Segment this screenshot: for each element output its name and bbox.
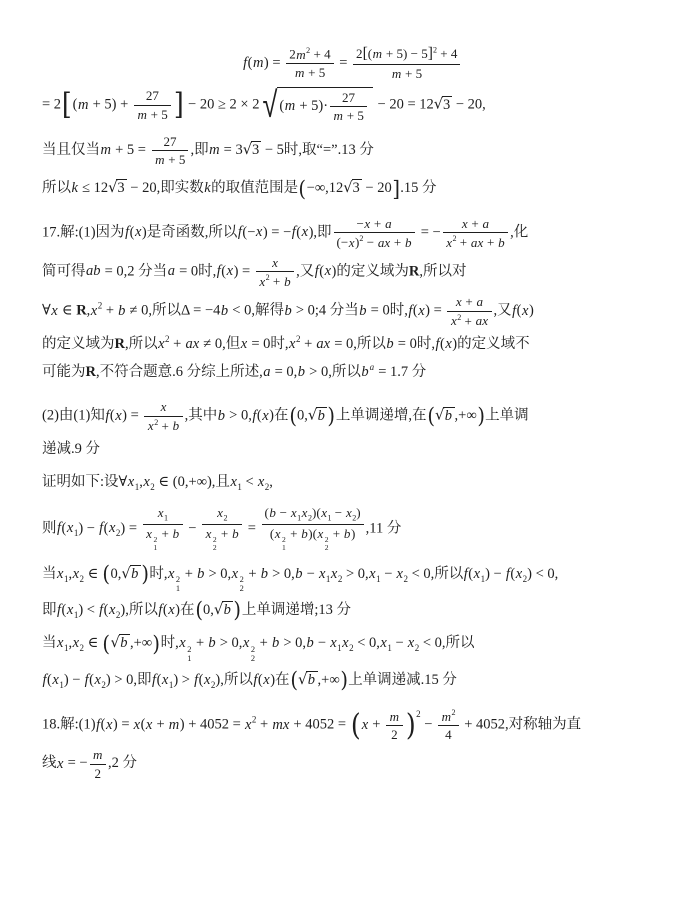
case1-line1: 当x1,x2 ∈ (0,√b)时,x21 + b > 0,x22 + b > 0… [42,563,663,594]
solution18-line1: 18.解:(1)f(x) = x(x + m) + 4052 = x2 + mx… [42,708,663,742]
solution17-line3: ∀x ∈ R,x2 + b ≠ 0,所以Δ = −4b < 0,解得b > 0;… [42,294,663,328]
solution17-part2-line1: (2)由(1)知f(x) = xx2 + b,其中b > 0,f(x)在(0,√… [42,399,663,433]
formula-fm: f(m) = 2m2 + 4m + 5 = 2[(m + 5) − 5]2 + … [42,45,663,82]
solution17-line5: 可能为R,不符合题意.6 分综上所述,a = 0,b > 0,所以ba = 1.… [42,361,663,383]
document-page: f(m) = 2m2 + 4m + 5 = 2[(m + 5) − 5]2 + … [0,0,693,912]
case2-line2: f(x1) − f(x2) > 0,即f(x1) > f(x2),所以f(x)在… [42,669,663,693]
proof-setup-line: 证明如下:设∀x1,x2 ∈ (0,+∞),且x1 < x2, [42,471,663,495]
k-range-conclusion-line: 所以k ≤ 12√3 − 20,即实数k的取值范围是(−∞,12√3 − 20]… [42,177,663,199]
solution17-line1: 17.解:(1)因为f(x)是奇函数,所以f(−x) = −f(x),即−x +… [42,216,663,250]
case1-line2: 即f(x1) < f(x2),所以f(x)在(0,√b)上单调递增;13 分 [42,599,663,623]
solution17-line4: 的定义域为R,所以x2 + ax ≠ 0,但x = 0时,x2 + ax = 0… [42,333,663,355]
difference-formula-line: 则f(x1) − f(x2) = x1x21 + b − x2x22 + b =… [42,505,663,553]
case2-line1: 当x1,x2 ∈ (√b,+∞)时,x21 + b > 0,x22 + b > … [42,632,663,663]
solution17-line2: 简可得ab = 0,2 分当a = 0时,f(x) = xx2 + b,又f(x… [42,255,663,289]
equality-condition-line: 当且仅当m + 5 = 27m + 5,即m = 3√3 − 5时,取“=”.1… [42,134,663,168]
solution18-line2: 线x = −m2,2 分 [42,747,663,781]
formula-amgm: = 2[(m + 5) + 27m + 5] − 20 ≥ 2 × 2√(m +… [42,87,663,124]
solution17-part2-line2: 递减.9 分 [42,438,663,460]
